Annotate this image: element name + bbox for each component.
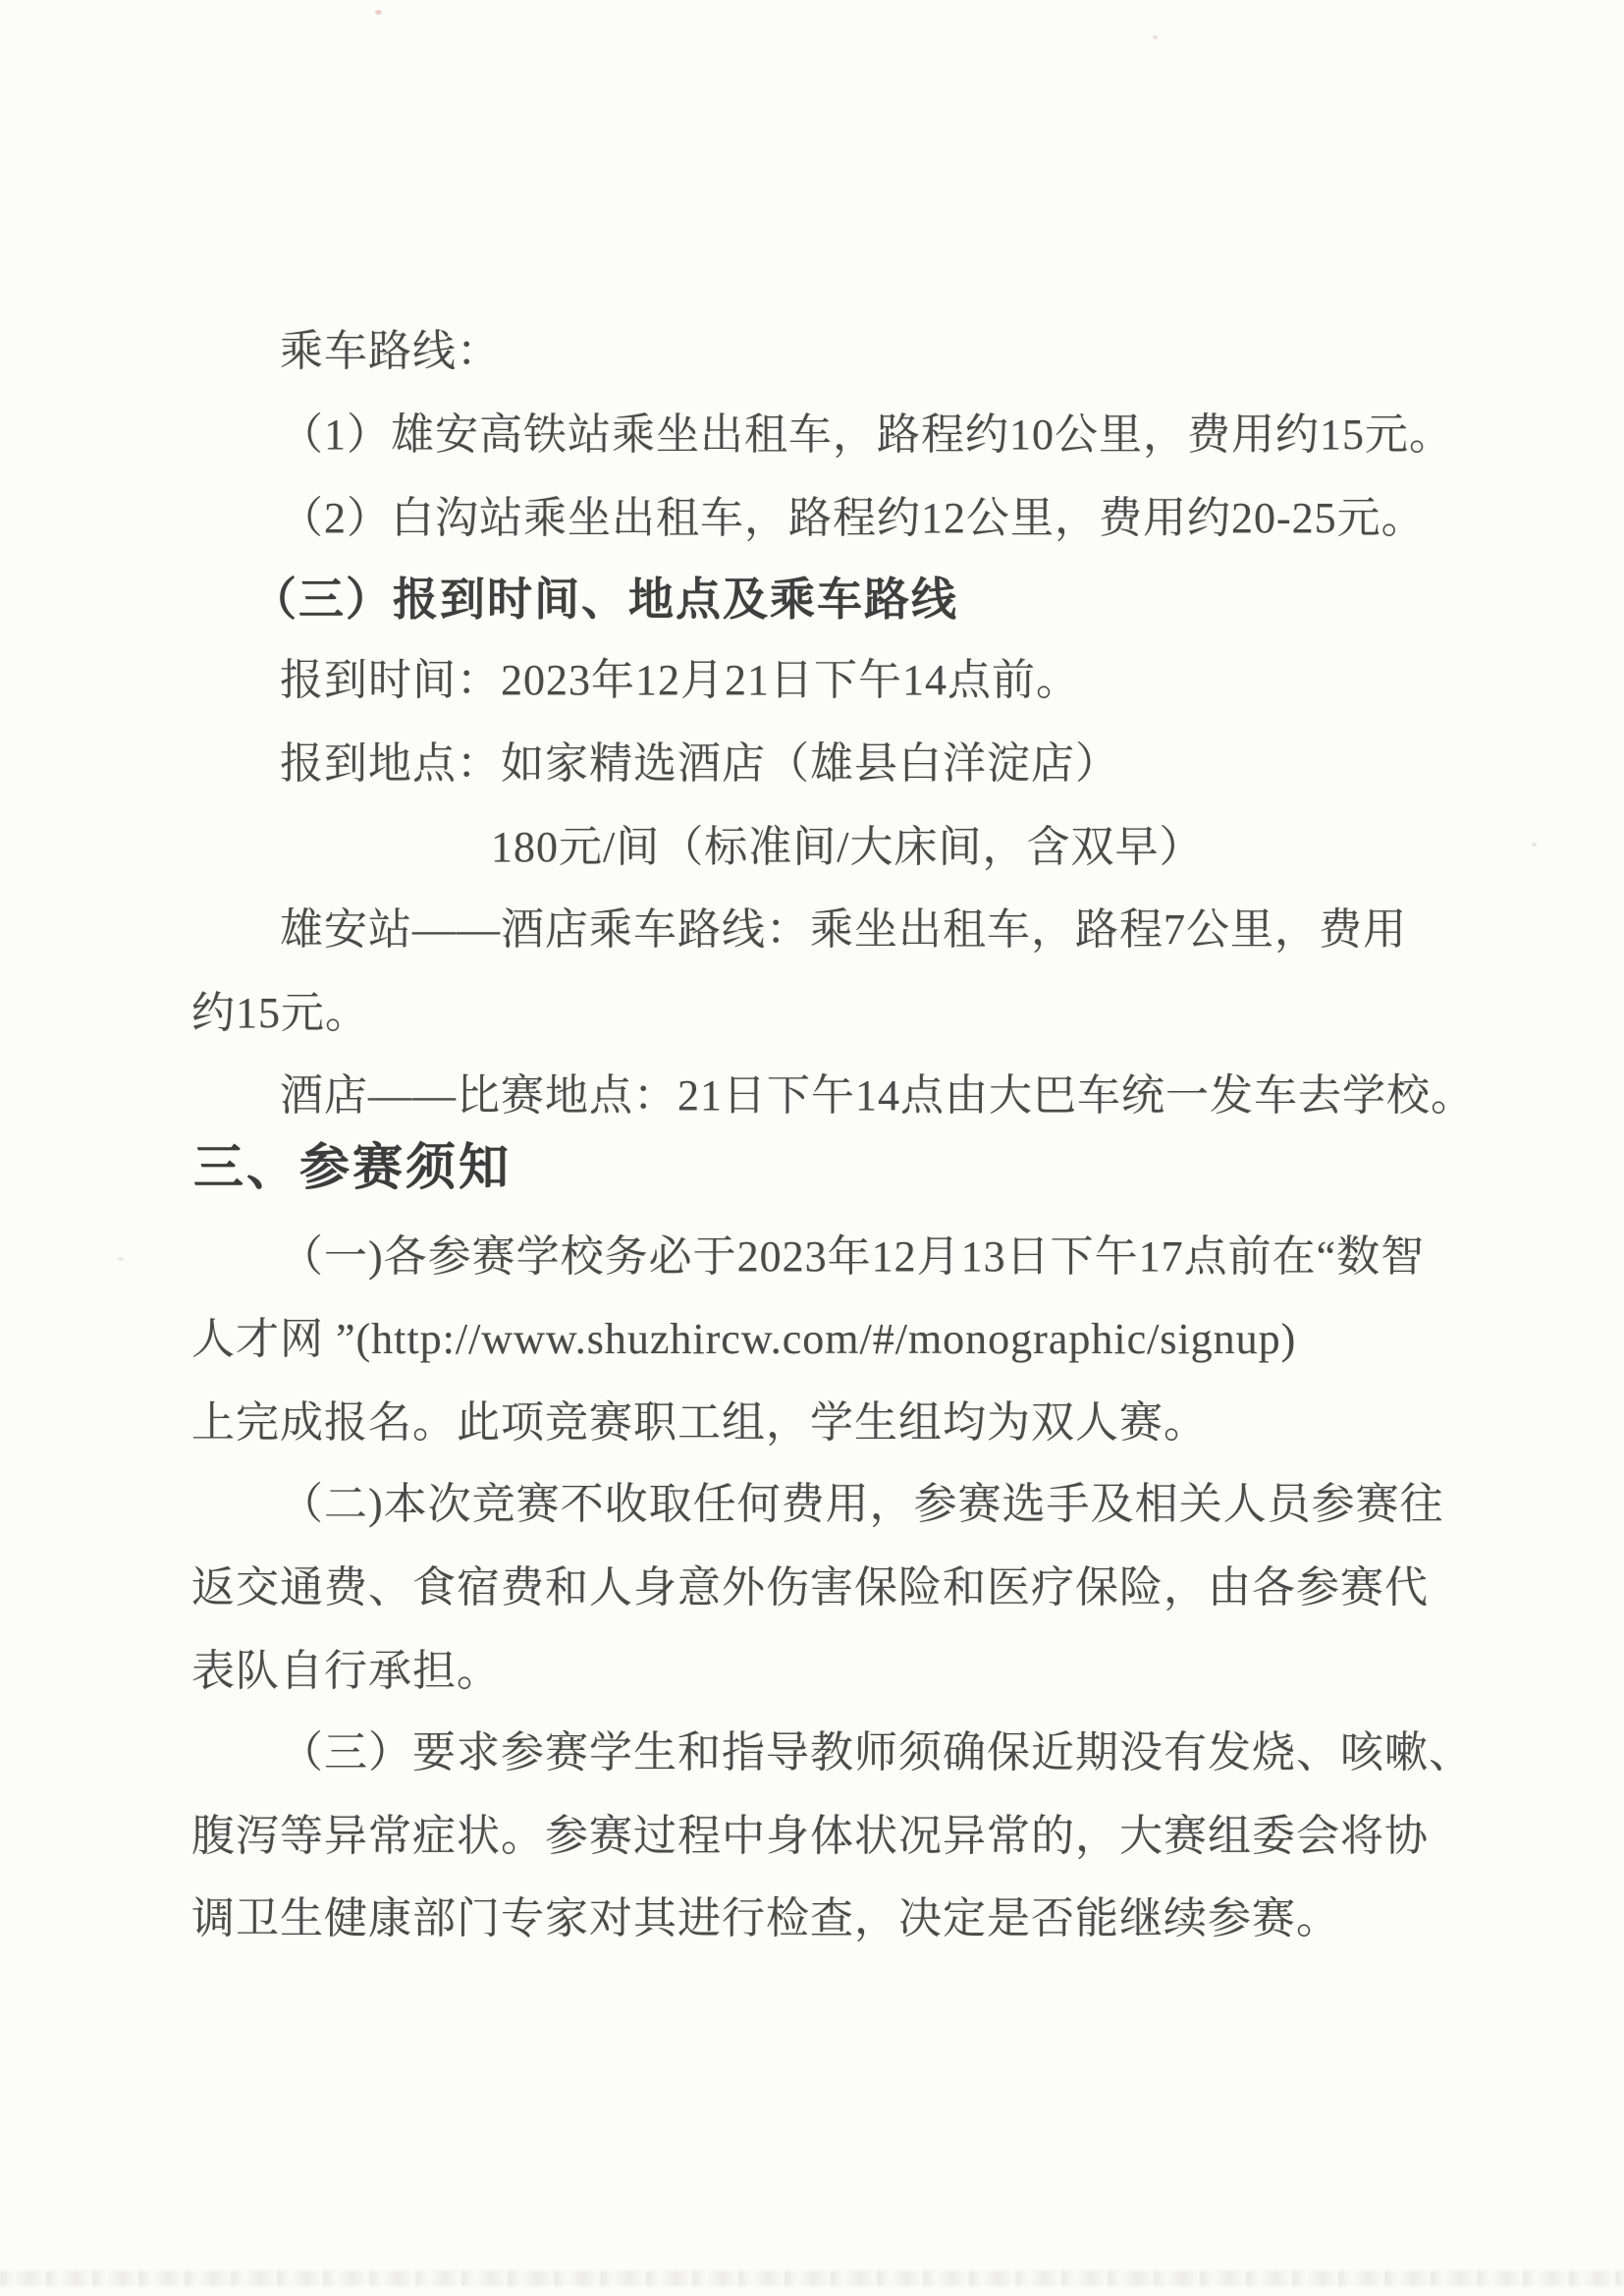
document-line: 腹泻等异常症状。参赛过程中身体状况异常的，大赛组委会将协 bbox=[191, 1812, 1429, 1862]
document-line: 人才网 ”(http://www.shuzhircw.com/#/monogra… bbox=[191, 1315, 1296, 1365]
document-line: 上完成报名。此项竞赛职工组，学生组均为双人赛。 bbox=[191, 1398, 1208, 1449]
scan-artifact-bottom bbox=[0, 2270, 1624, 2286]
document-line: 报到时间：2023年12月21日下午14点前。 bbox=[280, 656, 1080, 706]
scan-speck bbox=[1532, 843, 1537, 847]
document-line: 三、参赛须知 bbox=[193, 1139, 512, 1197]
document-line: （一)各参赛学校务必于2023年12月13日下午17点前在“数智 bbox=[280, 1232, 1425, 1283]
document-line: （二)本次竞赛不收取任何费用，参赛选手及相关人员参赛往 bbox=[280, 1480, 1444, 1530]
document-line: 调卫生健康部门专家对其进行检查，决定是否能继续参赛。 bbox=[191, 1894, 1340, 1944]
document-line: 酒店——比赛地点：21日下午14点由大巴车统一发车去学校。 bbox=[280, 1071, 1475, 1121]
scan-speck bbox=[375, 10, 382, 15]
document-line: （三）报到时间、地点及乘车路线 bbox=[251, 574, 958, 626]
document-page: 乘车路线：（1）雄安高铁站乘坐出租车，路程约10公里，费用约15元。（2）白沟站… bbox=[0, 0, 1624, 2296]
document-line: 约15元。 bbox=[191, 989, 369, 1039]
document-line: 返交通费、食宿费和人身意外伤害保险和医疗保险，由各参赛代 bbox=[191, 1563, 1429, 1613]
document-line: 乘车路线： bbox=[280, 327, 501, 377]
document-line: 表队自行承担。 bbox=[191, 1647, 501, 1697]
document-line: 雄安站——酒店乘车路线：乘坐出租车，路程7公里，费用 bbox=[280, 905, 1407, 956]
document-line: （2）白沟站乘坐出租车，路程约12公里，费用约20-25元。 bbox=[280, 494, 1426, 544]
scan-speck bbox=[1153, 35, 1158, 39]
document-line: 报到地点：如家精选酒店（雄县白洋淀店） bbox=[280, 739, 1119, 790]
scan-speck bbox=[118, 1257, 124, 1261]
document-line: 180元/间（标准间/大床间，含双早） bbox=[491, 823, 1203, 873]
document-line: （三）要求参赛学生和指导教师须确保近期没有发烧、咳嗽、 bbox=[280, 1728, 1473, 1778]
document-line: （1）雄安高铁站乘坐出租车，路程约10公里，费用约15元。 bbox=[280, 410, 1453, 461]
